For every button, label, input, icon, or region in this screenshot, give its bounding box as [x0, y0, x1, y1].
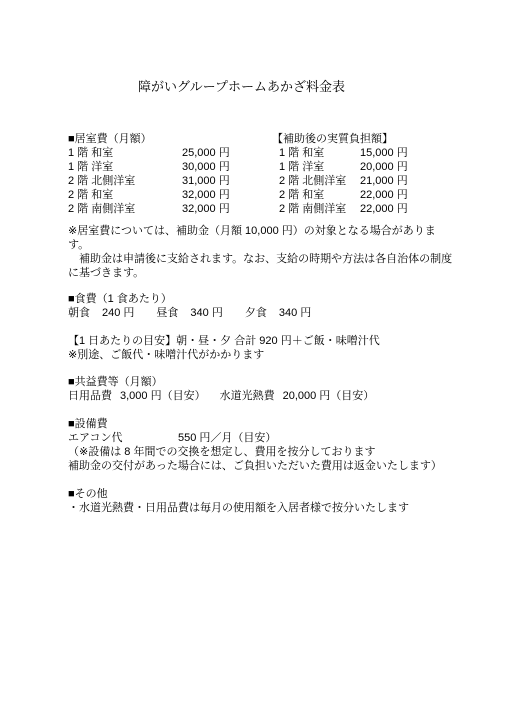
- note-line: ※居室費については、補助金（月額 10,000 円）の対象となる場合がありま: [68, 224, 469, 238]
- daily-total-line: 【1 日あたりの目安】朝・昼・夕 合計 920 円＋ご飯・味噌汁代: [68, 334, 469, 348]
- subsidized-fee-price: 22,000 円: [360, 188, 408, 202]
- room-fee-row: 1 階 和室 25,000 円: [68, 146, 272, 160]
- aircon-price: 550 円／月（目安）: [178, 431, 276, 445]
- utilities-price: 20,000 円（目安）: [283, 389, 375, 403]
- room-fees-note: ※居室費については、補助金（月額 10,000 円）の対象となる場合がありま す…: [68, 224, 469, 280]
- meals-heading: ■食費（1 食あたり）: [68, 292, 469, 306]
- note-line: に基づきます。: [68, 266, 469, 280]
- subsidized-fee-row: 2 階 南側洋室 22,000 円: [272, 202, 469, 216]
- room-fee-label: 1 階 和室: [68, 146, 182, 160]
- breakfast-price: 240 円: [102, 306, 134, 320]
- equipment-heading: ■設備費: [68, 417, 469, 431]
- daily-goods-label: 日用品費: [68, 389, 112, 403]
- common-fees-row: 日用品費 3,000 円（目安） 水道光熱費 20,000 円（目安）: [68, 389, 469, 403]
- lunch-label: 昼食: [156, 306, 178, 320]
- subsidized-fee-label: 2 階 北側洋室: [279, 174, 360, 188]
- room-fee-price: 32,000 円: [182, 188, 230, 202]
- subsidized-fee-row: 2 階 和室 22,000 円: [272, 188, 469, 202]
- common-fees-heading: ■共益費等（月額）: [68, 375, 469, 389]
- subsidized-fees-column: 【補助後の実質負担額】 1 階 和室 15,000 円 1 階 洋室 20,00…: [272, 132, 469, 216]
- aircon-row: エアコン代 550 円／月（目安）: [68, 431, 469, 445]
- subsidized-fee-label: 2 階 和室: [279, 188, 360, 202]
- room-fee-label: 2 階 南側洋室: [68, 202, 182, 216]
- lunch-item: 昼食 340 円: [156, 306, 222, 320]
- room-fee-row: 2 階 南側洋室 32,000 円: [68, 202, 272, 216]
- utilities-label: 水道光熱費: [220, 389, 275, 403]
- equipment-section: ■設備費 エアコン代 550 円／月（目安） （※設備は 8 年間での交換を想定…: [68, 417, 469, 473]
- other-section: ■その他 ・水道光熱費・日用品費は毎月の使用額を入居者様で按分いたします: [68, 487, 469, 515]
- subsidized-fee-price: 22,000 円: [360, 202, 408, 216]
- document-title: 障がいグループホームあかざ料金表: [41, 0, 442, 95]
- subsidized-fee-row: 2 階 北側洋室 21,000 円: [272, 174, 469, 188]
- subsidized-fee-label: 2 階 南側洋室: [279, 202, 360, 216]
- note-line: す。: [68, 238, 469, 252]
- subsidized-fee-row: 1 階 洋室 20,000 円: [272, 160, 469, 174]
- dinner-item: 夕食 340 円: [245, 306, 311, 320]
- room-fee-label: 1 階 洋室: [68, 160, 182, 174]
- room-fees-heading: ■居室費（月額）: [68, 132, 272, 146]
- room-fee-price: 32,000 円: [182, 202, 230, 216]
- subsidized-fee-price: 21,000 円: [360, 174, 408, 188]
- common-fees-section: ■共益費等（月額） 日用品費 3,000 円（目安） 水道光熱費 20,000 …: [68, 375, 469, 403]
- dinner-price: 340 円: [279, 306, 311, 320]
- subsidized-fee-price: 20,000 円: [360, 160, 408, 174]
- subsidized-fee-row: 1 階 和室 15,000 円: [272, 146, 469, 160]
- other-item: ・水道光熱費・日用品費は毎月の使用額を入居者様で按分いたします: [68, 501, 469, 515]
- subsidized-fee-price: 15,000 円: [360, 146, 408, 160]
- breakfast-label: 朝食: [68, 306, 90, 320]
- daily-goods-price: 3,000 円（目安）: [120, 389, 206, 403]
- room-fee-price: 31,000 円: [182, 174, 230, 188]
- room-fee-row: 1 階 洋室 30,000 円: [68, 160, 272, 174]
- aircon-label: エアコン代: [68, 431, 178, 445]
- document-page: 障がいグループホームあかざ料金表 ■居室費（月額） 1 階 和室 25,000 …: [0, 0, 509, 720]
- meal-prices-row: 朝食 240 円 昼食 340 円 夕食 340 円: [68, 306, 469, 320]
- meals-section: ■食費（1 食あたり） 朝食 240 円 昼食 340 円 夕食 340 円 【…: [68, 292, 469, 362]
- room-fee-label: 2 階 北側洋室: [68, 174, 182, 188]
- room-fees-column: ■居室費（月額） 1 階 和室 25,000 円 1 階 洋室 30,000 円…: [68, 132, 272, 216]
- equipment-note-line: （※設備は 8 年間での交換を想定し、費用を按分しております: [68, 445, 469, 459]
- room-fee-price: 30,000 円: [182, 160, 230, 174]
- note-line: 補助金は申請後に支給されます。なお、支給の時期や方法は各自治体の制度: [68, 252, 469, 266]
- subsidized-fee-label: 1 階 和室: [279, 146, 360, 160]
- lunch-price: 340 円: [190, 306, 222, 320]
- other-heading: ■その他: [68, 487, 469, 501]
- room-fee-label: 2 階 和室: [68, 188, 182, 202]
- breakfast-item: 朝食 240 円: [68, 306, 134, 320]
- equipment-note-line: 補助金の交付があった場合には、ご負担いただいた費用は返金いたします）: [68, 459, 469, 473]
- room-fee-row: 2 階 和室 32,000 円: [68, 188, 272, 202]
- room-fee-row: 2 階 北側洋室 31,000 円: [68, 174, 272, 188]
- meals-note: ※別途、ご飯代・味噌汁代がかかります: [68, 348, 469, 362]
- room-fee-price: 25,000 円: [182, 146, 230, 160]
- dinner-label: 夕食: [245, 306, 267, 320]
- subsidized-fee-label: 1 階 洋室: [279, 160, 360, 174]
- subsidized-fees-heading: 【補助後の実質負担額】: [272, 132, 469, 146]
- room-fees-section: ■居室費（月額） 1 階 和室 25,000 円 1 階 洋室 30,000 円…: [68, 132, 469, 216]
